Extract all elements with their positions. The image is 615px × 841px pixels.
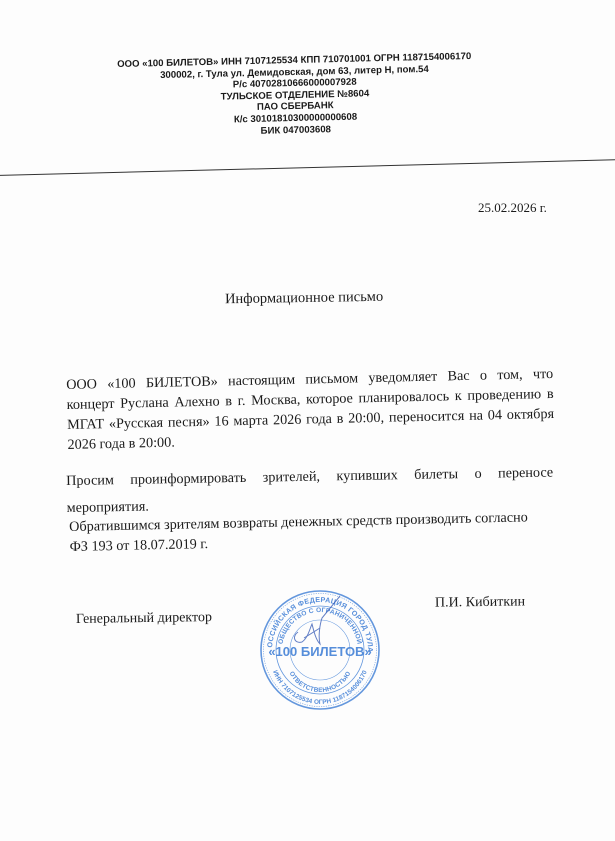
document-page: ООО «100 БИЛЕТОВ» ИНН 7107125534 КПП 710… [0,0,615,841]
body-paragraph-1: ООО «100 БИЛЕТОВ» настоящим письмом увед… [66,364,555,455]
svg-text:ОТВЕТСТВЕННОСТЬЮ: ОТВЕТСТВЕННОСТЬЮ [288,670,353,694]
signatory-name: П.И. Кибиткин [435,594,525,611]
letter-title: Информационное письмо [225,289,383,308]
signatory-position: Генеральный директор [76,610,212,628]
stamp-center-text: «100 БИЛЕТОВ» [268,644,371,659]
stamp-seal-icon: РОССИЙСКАЯ ФЕДЕРАЦИЯ ГОРОД ТУЛА ОБЩЕСТВО… [258,588,382,712]
company-stamp: РОССИЙСКАЯ ФЕДЕРАЦИЯ ГОРОД ТУЛА ОБЩЕСТВО… [258,588,382,712]
header-divider [0,159,615,176]
letter-date: 25.02.2026 г. [478,200,547,216]
letterhead: ООО «100 БИЛЕТОВ» ИНН 7107125534 КПП 710… [94,50,496,140]
